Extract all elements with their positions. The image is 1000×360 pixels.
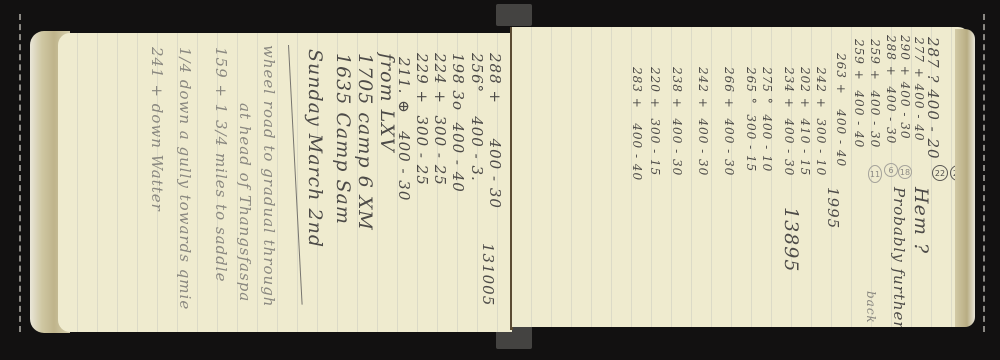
right-tally-row: 259 + 400 - 40	[852, 39, 866, 148]
note-line: 1705 camp 6 XM	[354, 53, 376, 231]
left-tally-row: 198 3o 400 - 40	[449, 53, 467, 193]
left-total: 131005	[479, 243, 497, 306]
right-tally-row: 290 + 400 - 30	[898, 35, 912, 139]
right-tally-row: 288 + 400 - 30	[884, 35, 898, 144]
right-tally-row: 263 + 400 - 40	[834, 53, 848, 167]
divider-line	[288, 45, 303, 305]
right-tally-row: 220 + 300 - 15	[648, 67, 662, 176]
right-tally-row: 242 + 300 - 10	[814, 67, 828, 176]
note-line: from LXV	[376, 53, 398, 152]
right-page: 287 ? 400 - 20 277 + 400 - 40 290 + 400 …	[512, 27, 970, 327]
right-tally-row: 287 ? 400 - 20	[924, 37, 942, 160]
note-date: Sunday March 2nd	[304, 49, 326, 248]
left-tally-row: 256° 400 - 3.	[468, 53, 486, 182]
narrative-line: wheel road to gradual through	[260, 45, 278, 307]
right-tally-row: 234 + 400 - 30	[782, 67, 796, 176]
right-tally-row: 202 + 410 - 15	[798, 67, 812, 176]
right-tally-row: 265 ° 300 - 15	[744, 67, 758, 172]
circled-number: 18	[898, 165, 912, 179]
left-tally-row: 288 + 400 - 30	[486, 53, 504, 209]
left-tally-row: 229 + 300 - 25	[413, 53, 431, 186]
left-tally-row: 224 + 300 - 25	[431, 53, 449, 186]
margin-note: Probably further	[890, 187, 908, 327]
right-tally-row: 266 + 400 - 30	[722, 67, 736, 176]
right-tally-row: 259 + 400 - 30	[868, 39, 882, 148]
binding-strap-top	[496, 4, 532, 26]
margin-note: back	[864, 291, 878, 324]
margin-note: Hem ?	[910, 187, 932, 254]
circled-number: 22	[932, 165, 948, 181]
right-total: 13895	[780, 207, 802, 272]
right-tally-row: 238 + 400 - 30	[670, 67, 684, 176]
right-tally-row: 277 + 400 - 40	[912, 37, 926, 141]
page-edges-right	[955, 29, 975, 327]
circled-number: 6	[884, 163, 898, 177]
right-subtotal: 1995	[824, 187, 842, 229]
narrative-line: 1/4 down a gully towards qmie	[176, 47, 194, 310]
cover-stitching-left	[19, 14, 21, 332]
circled-number: 11	[868, 165, 882, 183]
right-tally-row: 275 ° 400 - 10	[760, 67, 774, 172]
narrative-line: at head of Thangsfaspa	[236, 103, 254, 302]
narrative-line: 241 + down Watter	[148, 47, 166, 212]
note-line: 1635 Camp Sam	[332, 53, 354, 225]
right-tally-row: 283 + 400 - 40	[630, 67, 644, 181]
narrative-line: 159 + 1 3/4 miles to saddle	[212, 47, 230, 282]
right-tally-row: 242 + 400 - 30	[696, 67, 710, 176]
left-page: 288 + 400 - 30 256° 400 - 3. 198 3o 400 …	[58, 33, 512, 332]
cover-stitching-right	[983, 14, 985, 332]
